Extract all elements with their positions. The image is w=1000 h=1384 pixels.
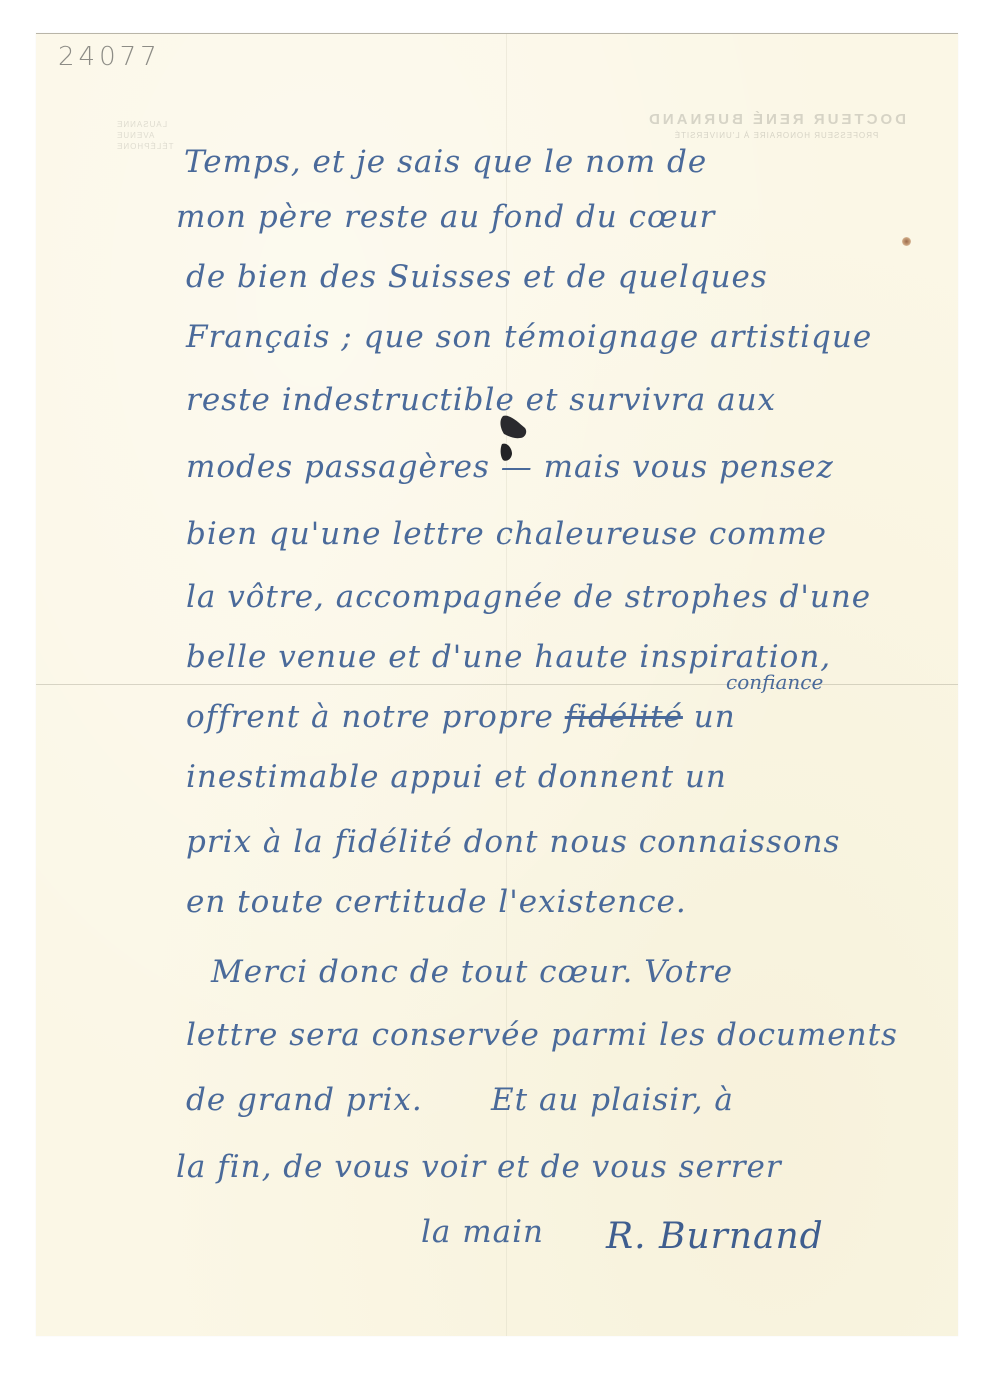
letter-line: Français ; que son témoignage artistique [186, 319, 872, 355]
signature: R. Burnand [606, 1216, 824, 1257]
inserted-word: confiance [726, 670, 823, 694]
letter-line: inestimable appui et donnent un [186, 759, 727, 795]
line-text: offrent à notre propre [186, 699, 554, 735]
letter-line: reste indestructible et survivra aux [186, 382, 776, 418]
letter-body: Temps, et je sais que le nom de mon père… [36, 34, 958, 1336]
letter-line: la fin, de vous voir et de vous serrer [176, 1149, 782, 1185]
letter-line-with-correction: offrent à notre propre fidélité un [186, 699, 736, 735]
letter-line: mon père reste au fond du cœur [176, 199, 715, 235]
letter-line: Merci donc de tout cœur. Votre [211, 954, 733, 990]
letter-line: Temps, et je sais que le nom de [184, 144, 707, 180]
struck-word: fidélité [565, 699, 683, 735]
letter-line: Et au plaisir, à [491, 1082, 734, 1118]
letter-line: de bien des Suisses et de quelques [186, 259, 768, 295]
letter-line: de grand prix. [186, 1082, 423, 1118]
letter-line: la vôtre, accompagnée de strophes d'une [186, 579, 871, 615]
letter-line: en toute certitude l'existence. [186, 884, 687, 920]
letter-line: la main [421, 1214, 544, 1250]
letter-line: lettre sera conservée parmi les document… [186, 1017, 898, 1053]
letter-line: prix à la fidélité dont nous connaissons [186, 824, 840, 860]
letter-line: bien qu'une lettre chaleureuse comme [186, 516, 827, 552]
letter-paper: 24077 DOCTEUR RENÉ BURNAND PROFESSEUR HO… [36, 33, 958, 1336]
line-text: un [694, 699, 736, 735]
letter-line: modes passagères — mais vous pensez [186, 449, 834, 485]
